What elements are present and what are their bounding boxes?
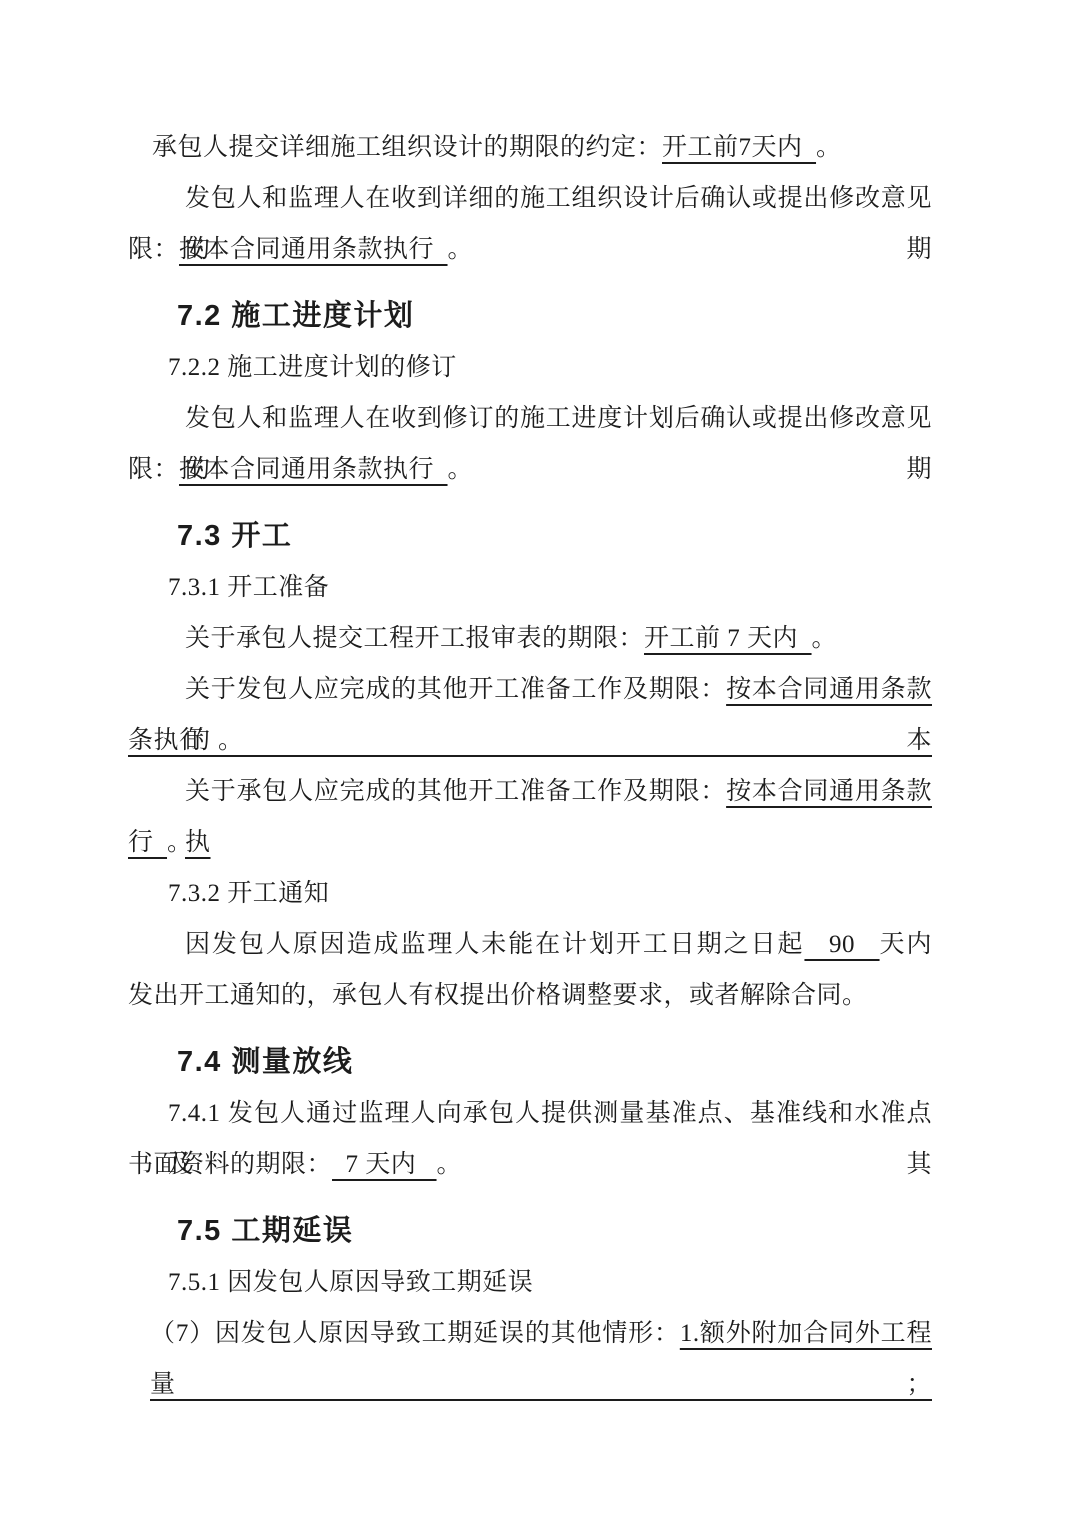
underlined-value: 7 天内 [332, 1151, 437, 1178]
section-heading-7-2: 7.2 施工进度计划 [128, 291, 932, 342]
body-text: 天内 [880, 931, 932, 958]
body-text: 。 [812, 625, 838, 652]
heading-text: 7.4 测量放线 [177, 1046, 353, 1078]
underlined-value: 按本合同通用条款执行 [179, 236, 448, 263]
section-heading-7-5: 7.5 工期延误 [128, 1206, 932, 1257]
paragraph-line: 因发包人原因造成监理人未能在计划开工日期之日起 90 天内 [128, 919, 932, 970]
paragraph-line: 发包人和监理人在收到修订的施工进度计划后确认或提出修改意见的期 [128, 393, 932, 444]
body-text: 7.3.2 开工通知 [168, 880, 329, 907]
body-text: 承包人提交详细施工组织设计的期限的约定： [152, 134, 662, 161]
underlined-value: 条执行 [128, 727, 218, 754]
paragraph-line: 承包人提交详细施工组织设计的期限的约定：开工前7天内 。 [128, 122, 932, 173]
body-text: 。 [448, 456, 474, 483]
body-text: 。 [448, 236, 474, 263]
body-text: 。 [167, 829, 193, 856]
document-page: 承包人提交详细施工组织设计的期限的约定：开工前7天内 。 发包人和监理人在收到详… [0, 0, 1074, 1520]
paragraph-line: （7）因发包人原因导致工期延误的其他情形：1.额外附加合同外工程量； [128, 1308, 932, 1359]
body-text: 关于发包人应完成的其他开工准备工作及期限： [185, 676, 726, 703]
underlined-value: 开工前7天内 [662, 134, 816, 161]
paragraph-line: 发包人和监理人在收到详细的施工组织设计后确认或提出修改意见的期 [128, 173, 932, 224]
heading-text: 7.2 施工进度计划 [177, 300, 414, 332]
body-text: 关于承包人提交工程开工报审表的期限： [185, 625, 644, 652]
body-text: 。 [437, 1151, 463, 1178]
paragraph-line: 关于发包人应完成的其他开工准备工作及期限：按本合同通用条款的本 [128, 664, 932, 715]
body-text: 发出开工通知的，承包人有权提出价格调整要求，或者解除合同。 [128, 982, 868, 1009]
section-heading-7-4: 7.4 测量放线 [128, 1037, 932, 1088]
body-text: 7.3.1 开工准备 [168, 574, 329, 601]
paragraph-line: 7.4.1 发包人通过监理人向承包人提供测量基准点、基准线和水准点及其 [128, 1088, 932, 1139]
body-text: 书面资料的期限： [128, 1151, 332, 1178]
body-text: 。 [816, 134, 842, 161]
heading-text: 7.3 开工 [177, 520, 292, 552]
subsection-title-7-3-1: 7.3.1 开工准备 [128, 562, 932, 613]
body-text: 限： [128, 236, 179, 263]
paragraph-line: 行 。 [128, 817, 932, 868]
paragraph-line: 发出开工通知的，承包人有权提出价格调整要求，或者解除合同。 [128, 970, 932, 1021]
subsection-title-7-2-2: 7.2.2 施工进度计划的修订 [128, 342, 932, 393]
body-text: 7.5.1 因发包人原因导致工期延误 [168, 1269, 533, 1296]
heading-text: 7.5 工期延误 [177, 1215, 353, 1247]
body-text: 关于承包人应完成的其他开工准备工作及期限： [185, 778, 726, 805]
paragraph-line: 关于承包人提交工程开工报审表的期限：开工前 7 天内 。 [128, 613, 932, 664]
body-text: 。 [218, 727, 244, 754]
section-heading-7-3: 7.3 开工 [128, 511, 932, 562]
paragraph-line: 关于承包人应完成的其他开工准备工作及期限：按本合同通用条款执 [128, 766, 932, 817]
underlined-value: 开工前 7 天内 [644, 625, 812, 652]
underlined-value: 行 [128, 829, 167, 856]
body-text: 因发包人原因造成监理人未能在计划开工日期之日起 [185, 931, 804, 958]
underlined-value: 90 [804, 931, 879, 958]
subsection-title-7-5-1: 7.5.1 因发包人原因导致工期延误 [128, 1257, 932, 1308]
subsection-title-7-3-2: 7.3.2 开工通知 [128, 868, 932, 919]
body-text: 限： [128, 456, 179, 483]
underlined-value: 按本合同通用条款执行 [179, 456, 448, 483]
body-text: （7）因发包人原因导致工期延误的其他情形： [150, 1320, 680, 1347]
body-text: 7.2.2 施工进度计划的修订 [168, 354, 457, 381]
